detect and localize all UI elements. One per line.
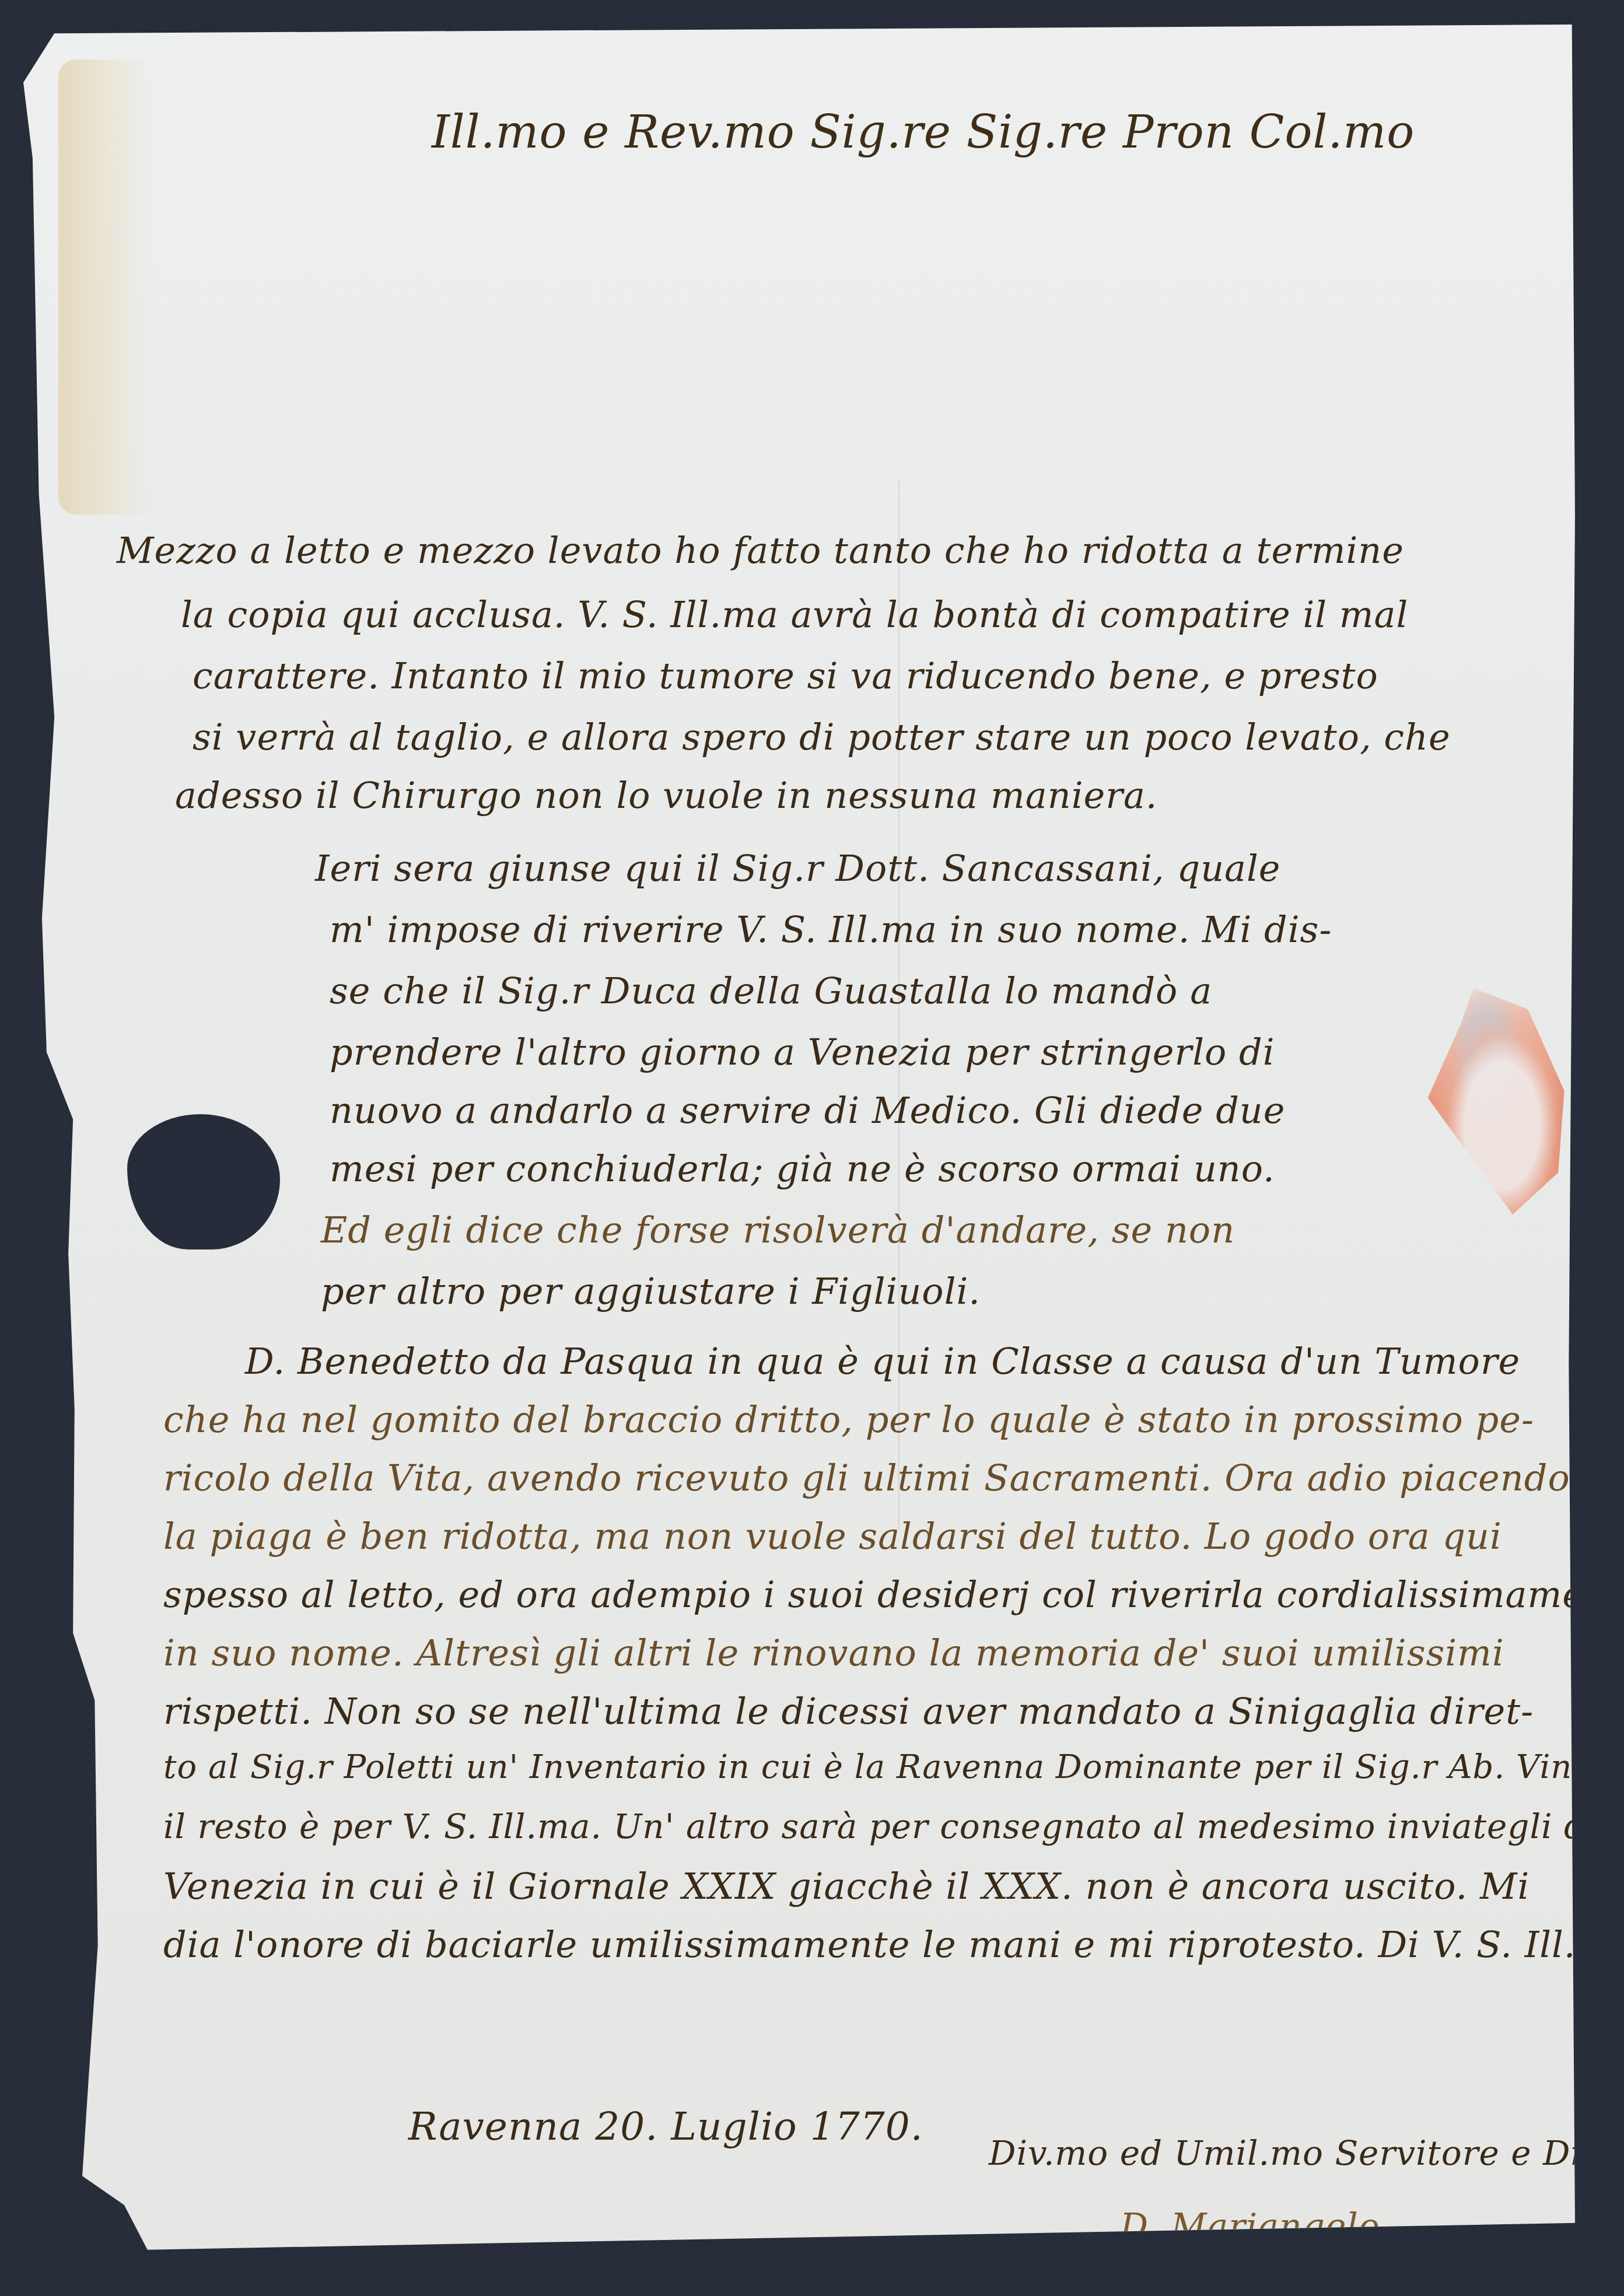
body-line: spesso al letto, ed ora adempio i suoi d… <box>163 1573 1624 1616</box>
body-line: rispetti. Non so se nell'ultima le dices… <box>163 1690 1534 1732</box>
dateline: Ravenna 20. Luglio 1770. <box>408 2104 923 2149</box>
salutation: Ill.mo e Rev.mo Sig.re Sig.re Pron Col.m… <box>432 106 1415 159</box>
body-line: la copia qui acclusa. V. S. Ill.ma avrà … <box>181 593 1408 636</box>
body-line: prendere l'altro giorno a Venezia per st… <box>330 1031 1275 1073</box>
body-line: Mezzo a letto e mezzo levato ho fatto ta… <box>117 529 1404 572</box>
body-line: ricolo della Vita, avendo ricevuto gli u… <box>163 1457 1570 1499</box>
body-line: mesi per conchiuderla; già ne è scorso o… <box>330 1147 1275 1190</box>
body-line: per altro per aggiustare i Figliuoli. <box>321 1270 981 1312</box>
body-line: Ieri sera giunse qui il Sig.r Dott. Sanc… <box>315 847 1281 890</box>
body-line: si verrà al taglio, e allora spero di po… <box>192 716 1451 758</box>
body-line: D. Benedetto da Pasqua in qua è qui in C… <box>245 1340 1520 1382</box>
body-line: la piaga è ben ridotta, ma non vuole sal… <box>163 1515 1502 1557</box>
water-stain <box>58 60 157 514</box>
body-line: dia l'onore di baciarle umilissimamente … <box>163 1923 1624 1966</box>
body-line: carattere. Intanto il mio tumore si va r… <box>192 654 1378 697</box>
body-line: to al Sig.r Poletti un' Inventario in cu… <box>163 1748 1624 1786</box>
body-line: nuovo a andarlo a servire di Medico. Gli… <box>330 1089 1285 1132</box>
body-line: Venezia in cui è il Giornale XXIX giacch… <box>163 1865 1529 1908</box>
closing-formula: Div.mo ed Umil.mo Servitore e Disciepolo… <box>989 2133 1624 2173</box>
body-line: il resto è per V. S. Ill.ma. Un' altro s… <box>163 1807 1607 1846</box>
paper-hole-damage <box>127 1114 280 1249</box>
body-line: che ha nel gomito del braccio dritto, pe… <box>163 1398 1534 1441</box>
body-line: se che il Sig.r Duca della Guastalla lo … <box>330 970 1212 1012</box>
body-line: adesso il Chirurgo non lo vuole in nessu… <box>175 774 1158 817</box>
body-line: Ed egli dice che forse risolverà d'andar… <box>321 1209 1235 1251</box>
body-line: m' impose di riverire V. S. Ill.ma in su… <box>330 908 1332 951</box>
body-line: in suo nome. Altresì gli altri le rinova… <box>163 1632 1504 1674</box>
